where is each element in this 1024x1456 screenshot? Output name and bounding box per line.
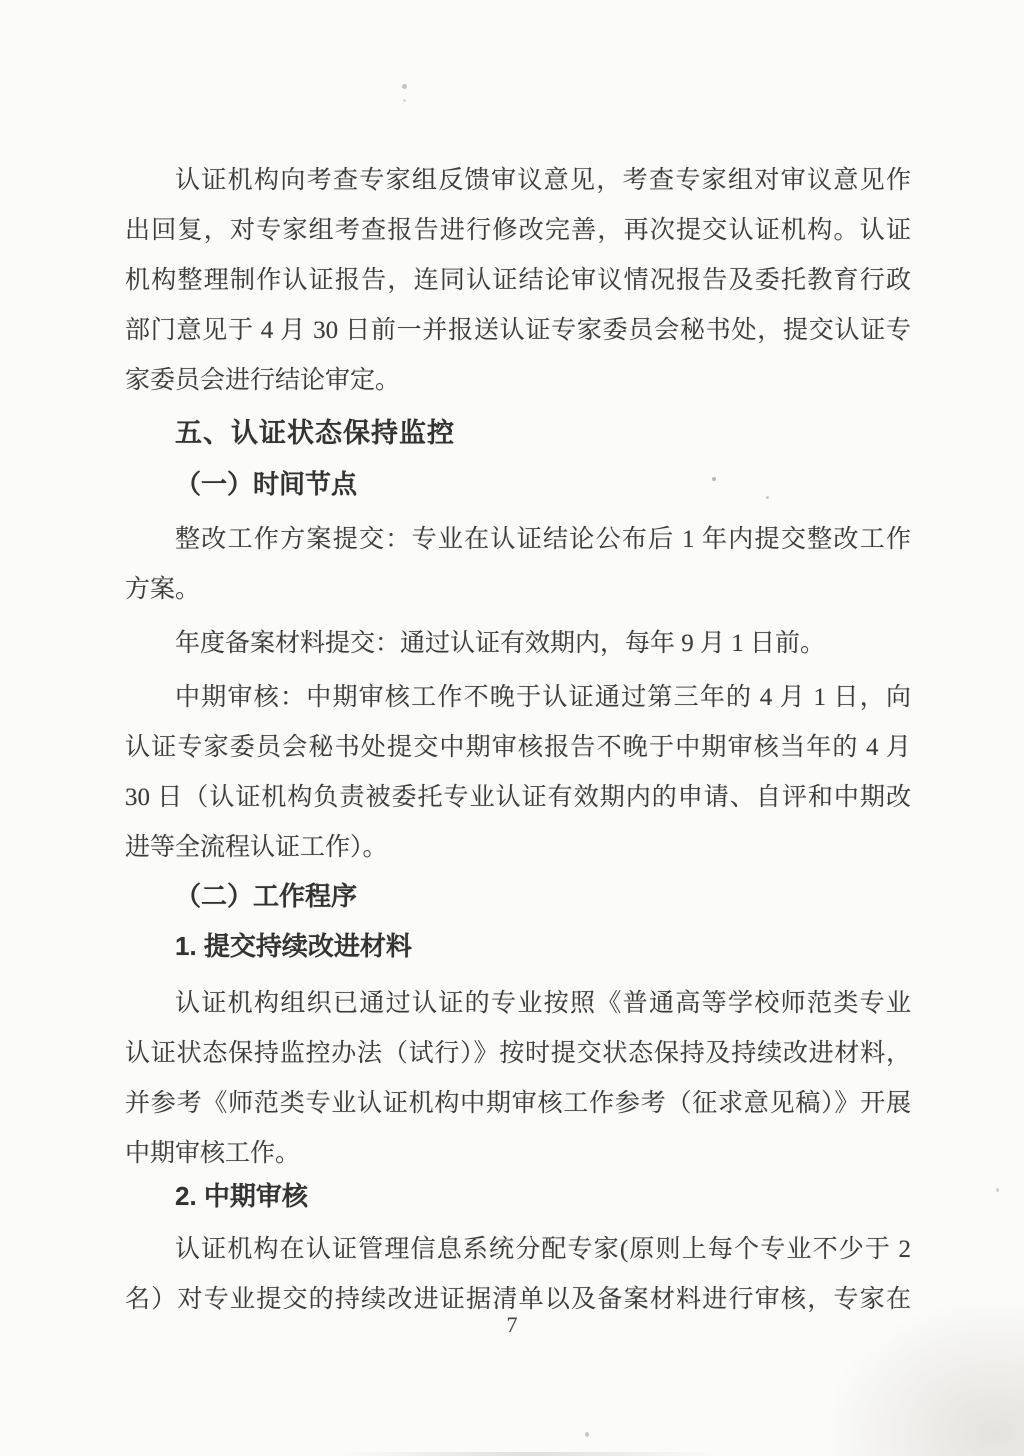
scan-edge-shadow: [340, 1452, 720, 1456]
heading-line: （二）工作程序: [125, 878, 911, 914]
text-line: 中期审核工作。: [125, 1136, 911, 1172]
page-number: 7: [0, 1312, 1024, 1338]
text-line: 机构整理制作认证报告，连同认证结论审议情况报告及委托教育行政: [125, 263, 911, 299]
heading-line: 1. 提交持续改进材料: [125, 928, 911, 964]
text-line: 家委员会进行结论审定。: [125, 363, 911, 399]
heading-line: （一）时间节点: [125, 466, 911, 502]
text-line: 出回复，对专家组考查报告进行修改完善，再次提交认证机构。认证: [125, 213, 911, 249]
scan-speck: [402, 84, 407, 89]
text-line: 认证专家委员会秘书处提交中期审核报告不晚于中期审核当年的 4 月: [125, 730, 911, 766]
text-line: 部门意见于 4 月 30 日前一并报送认证专家委员会秘书处，提交认证专: [125, 313, 911, 349]
text-line: 并参考《师范类专业认证机构中期审核工作参考（征求意见稿）》开展: [125, 1086, 911, 1122]
heading-line: 五、认证状态保持监控: [125, 415, 911, 451]
scan-speck: [996, 1188, 999, 1192]
scan-speck: [585, 1432, 589, 1437]
text-line: 30 日（认证机构负责被委托专业认证有效期内的申请、自评和中期改: [125, 780, 911, 816]
text-line: 认证状态保持监控办法（试行）》按时提交状态保持及持续改进材料，: [125, 1036, 911, 1072]
heading-line: 2. 中期审核: [125, 1178, 911, 1214]
text-line: 认证机构向考查专家组反馈审议意见，考查专家组对审议意见作: [125, 163, 911, 199]
text-line: 进等全流程认证工作）。: [125, 830, 911, 866]
text-line: 认证机构组织已通过认证的专业按照《普通高等学校师范类专业: [125, 986, 911, 1022]
text-line: 年度备案材料提交：通过认证有效期内，每年 9 月 1 日前。: [125, 626, 911, 662]
text-line: 方案。: [125, 572, 911, 608]
text-line: 认证机构在认证管理信息系统分配专家(原则上每个专业不少于 2: [125, 1232, 911, 1268]
text-line: 整改工作方案提交：专业在认证结论公布后 1 年内提交整改工作: [125, 522, 911, 558]
text-line: 中期审核：中期审核工作不晚于认证通过第三年的 4 月 1 日，向: [125, 680, 911, 716]
document-page: 认证机构向考查专家组反馈审议意见，考查专家组对审议意见作出回复，对专家组考查报告…: [0, 0, 1024, 1456]
